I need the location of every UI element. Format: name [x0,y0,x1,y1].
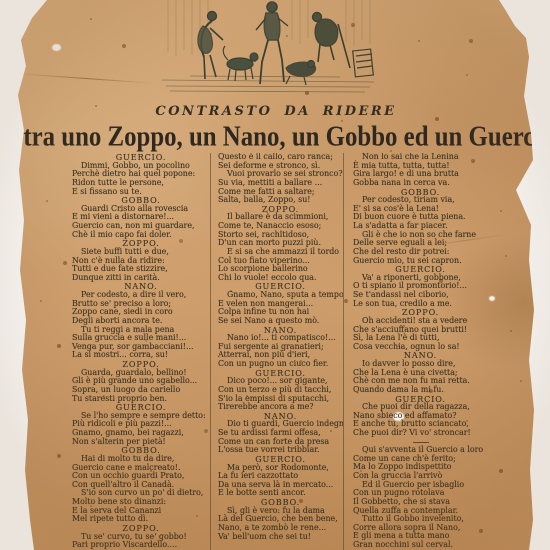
verse-line: Va' bell'uom che sei tu! [218,533,343,542]
kicker-title: CONTRASTO DA RIDERE [0,104,550,119]
crease-line [16,73,156,84]
stanza-divider [353,438,488,447]
page-title-text: tra uno Zoppo, un Nano, un Gobbo ed un G… [23,120,550,153]
text-column-2: Questo è il callo, caro ranca;Sei deform… [210,153,343,550]
foxing-spots [0,0,2,2]
text-column-1: GUERCIO.Dimmi, Gobbo, un pocolinoPerchè … [64,153,210,550]
verse-line: Pari proprio Viscardello.... [72,541,210,550]
text-column-3: Non lo sai che la LeninaÈ mia tutta, tut… [343,153,488,550]
damage-spot [52,44,61,51]
text-columns: GUERCIO.Dimmi, Gobbo, un pocolinoPerchè … [64,153,488,550]
damage-spot [489,296,495,301]
verse-line: Gran nocchini sul cerval. [353,541,488,550]
column-rule [343,153,344,550]
verse-line: Che puoi dir? Vi vo' stroncar! [353,429,488,438]
page-title: tra uno Zoppo, un Nano, un Gobbo ed un G… [0,121,550,152]
paper-sheet: CONTRASTO DA RIDERE tra uno Zoppo, un Na… [0,0,550,550]
woodcut-illustration [160,0,378,96]
photo-background: CONTRASTO DA RIDERE tra uno Zoppo, un Na… [0,0,550,550]
column-rule [210,153,211,550]
